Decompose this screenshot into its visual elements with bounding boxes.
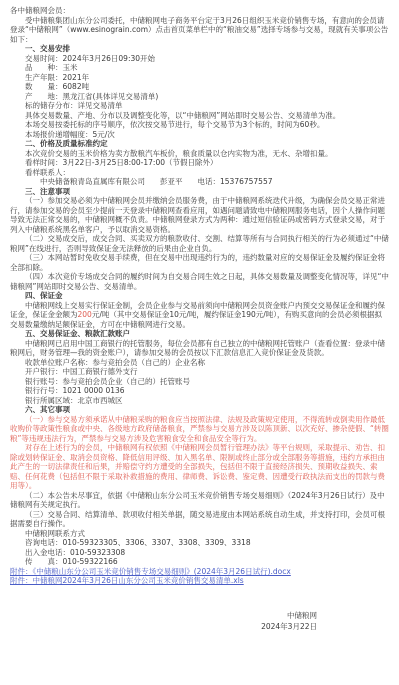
session-rule: 本场交易按委托标的序号顺序，依次按交易节进行，每个交易节为3个标的，时间为60秒… bbox=[10, 120, 389, 130]
announcement-document: 各中储粮网会员： 受中储粮集团山东分公司委托，中储粮网电子商务平台定于3月26日… bbox=[0, 0, 399, 632]
attachment-rules-link[interactable]: 附件：《中储粮山东分公司玉米竞价销售专场交易细则》(2024年3月26日试行).… bbox=[10, 567, 389, 577]
production-year: 生产年限：2021年 bbox=[10, 73, 389, 83]
other-1-red: （一）参与交易方须承诺从中储粮采购的粮食应当按照法律、法规及政策规定使用，不得流… bbox=[10, 415, 389, 444]
attachment-list-link[interactable]: 附件：中储粮网2024年3月26日山东分公司玉米竞价销售交易清单.xls bbox=[10, 576, 389, 586]
other-3: （三）交易合同、结算清单、款项收付相关单据，随交易进度由本网站系统自动生成，并支… bbox=[10, 510, 389, 529]
signature-block: 中储粮网 2024年3月22日 bbox=[10, 610, 389, 632]
note-4: （四）本次竞价专场成交合同的履约时间为自交易合同生效之日起，具体交易数量及调整变… bbox=[10, 272, 389, 291]
note-1: （一）参加交易必须为中储粮网会员并缴纳会员服务费，由于中储粮网系统迭代升级，为确… bbox=[10, 196, 389, 234]
deposit-paragraph: 中储粮网线上交易实行保证金制，会员企业参与交易前须向中储粮网会员资金账户内预交交… bbox=[10, 301, 389, 330]
signature-org: 中储粮网 bbox=[10, 610, 317, 621]
signature-date: 2024年3月22日 bbox=[10, 621, 317, 632]
section-6-heading: 六、其它事项 bbox=[10, 405, 389, 415]
variety: 品 种：玉米 bbox=[10, 63, 389, 73]
note-2: （二）交易成交后，成交合同、买卖双方的粮款收付、交割、结算等所有与合同执行相关的… bbox=[10, 234, 389, 253]
bank-account: 银行账号：参与竞拍会员企业（自己的）托管账号 bbox=[10, 377, 389, 387]
fund-phone: 出入金电话：010-59323308 bbox=[10, 548, 389, 558]
sample-contact: 中央储备粮青岛直属库有限公司 彭亚平 电话：15376757557 bbox=[10, 177, 389, 187]
quantity-note: 具体交易数量、产地、分布以及调整变化等，以“中储粮网”网站即时交易公告、交易清单… bbox=[10, 111, 389, 121]
storage-distribution: 标的储存分布：详见交易清单 bbox=[10, 101, 389, 111]
trade-time: 交易时间：2024年3月26日09:30开始 bbox=[10, 54, 389, 64]
section-4-heading: 四、保证金 bbox=[10, 291, 389, 301]
salutation: 各中储粮网会员： bbox=[10, 6, 389, 16]
payee-name: 收款单位账户名称：参与竞拍会员（自己的）企业名称 bbox=[10, 358, 389, 368]
contact-heading: 中储粮网联系方式 bbox=[10, 529, 389, 539]
section-1-heading: 一、交易安排 bbox=[10, 44, 389, 54]
section-2-heading: 二、价格及质量标准约定 bbox=[10, 139, 389, 149]
bank-name: 开户银行：中国工商银行德外支行 bbox=[10, 367, 389, 377]
section-3-heading: 三、注意事项 bbox=[10, 187, 389, 197]
bid-increment: 本场报价递增幅度：5元/次 bbox=[10, 130, 389, 140]
deposit-amount-highlight: 200 bbox=[78, 310, 92, 319]
fax: 传 真：010-59322166 bbox=[10, 557, 389, 567]
section-5-heading: 五、交易保证金、粮款汇款账户 bbox=[10, 329, 389, 339]
document-body: 受中储粮集团山东分公司委托，中储粮网电子商务平台定于3月26日组织玉米竞价销售专… bbox=[10, 16, 389, 586]
bank-region: 银行所属区域：北京市西城区 bbox=[10, 396, 389, 406]
quantity: 数 量：6082吨 bbox=[10, 82, 389, 92]
other-1b-red: 对存在上述行为的会员，中储粮网有权依照《中储粮网会员暂行管理办法》等平台规则，采… bbox=[10, 443, 389, 491]
price-quality-note: 本次竞价交易的玉米价格为卖方散粮汽车板价，粮食质量以仓内实物为准，无水、杂增扣量… bbox=[10, 149, 389, 159]
origin: 产 地：黑龙江省(具体详见交易清单) bbox=[10, 92, 389, 102]
bank-number: 银行行号：1021 0000 0136 bbox=[10, 386, 389, 396]
sample-contact-label: 看样联系人： bbox=[10, 168, 389, 178]
note-3: （三）本网站暂时免收交易手续费，但在交易中出现违约行为的，违约数量对应的交易保证… bbox=[10, 253, 389, 272]
escrow-paragraph: 中储粮网已启用中国工商银行的托管服务，每位会员都有自己独立的中储粮网托管账户（查… bbox=[10, 339, 389, 358]
consult-phone: 咨询电话：010-59323305、3306、3307、3308、3309、33… bbox=[10, 538, 389, 548]
intro-paragraph: 受中储粮集团山东分公司委托，中储粮网电子商务平台定于3月26日组织玉米竞价销售专… bbox=[10, 16, 389, 45]
sample-time: 看样时间：3月22日-3月25日8:00-17:00（节假日除外） bbox=[10, 158, 389, 168]
other-2: （二）本公告未尽事宜，依据《中储粮山东分公司玉米竞价销售专场交易细则》（2024… bbox=[10, 491, 389, 510]
